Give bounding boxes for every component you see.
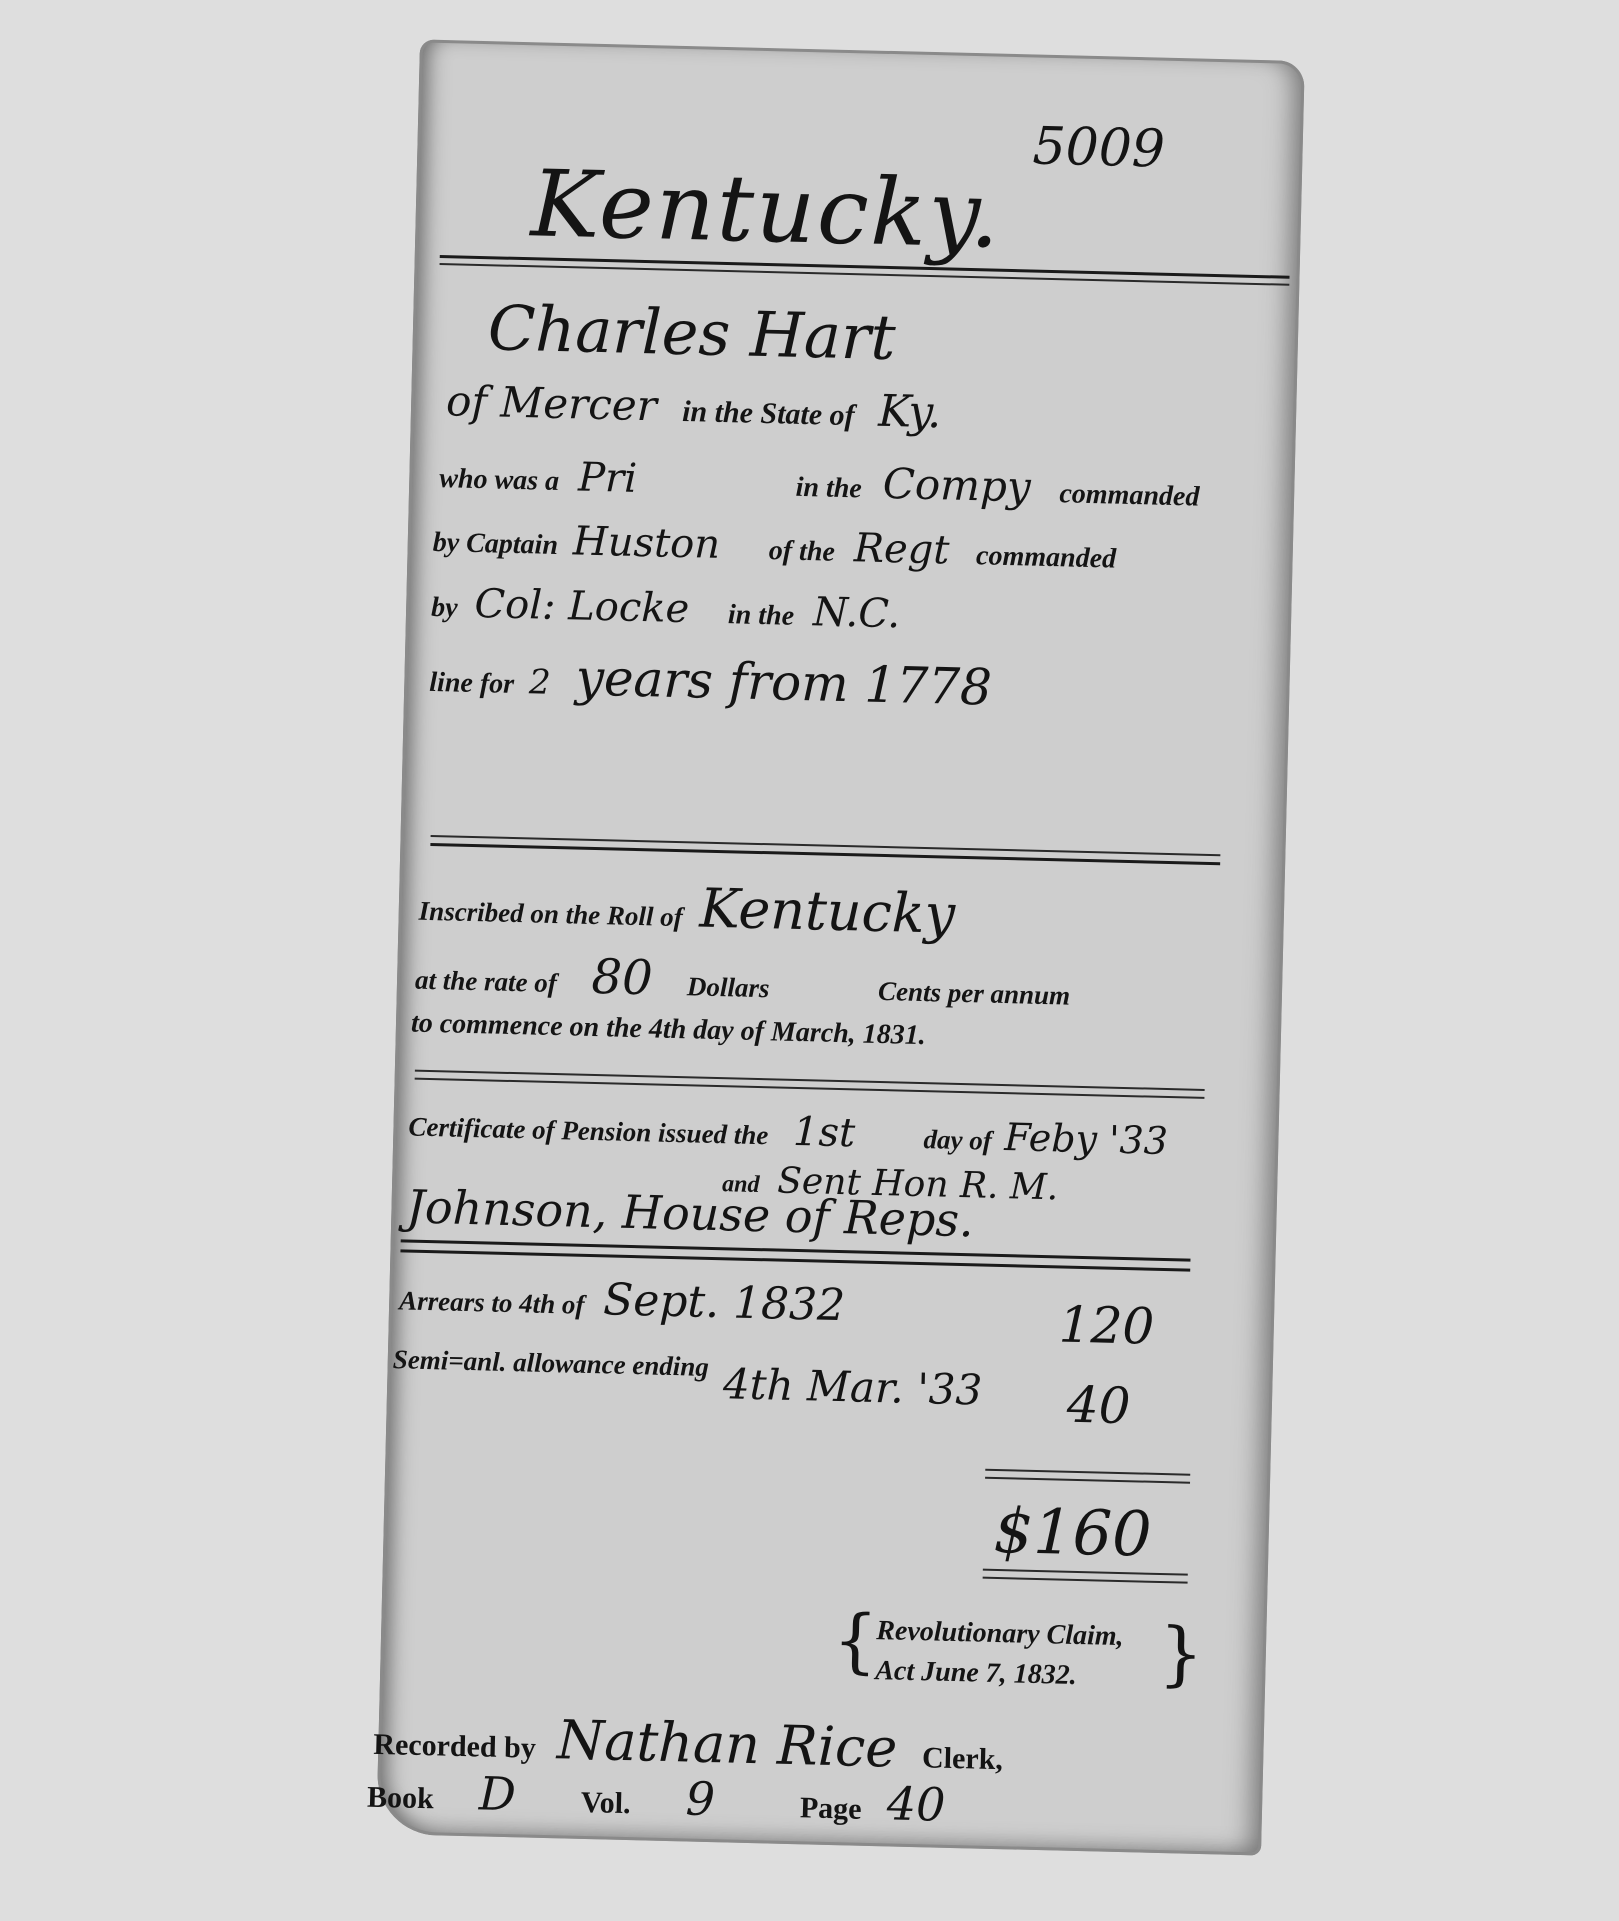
roll-value: Kentucky [699, 877, 956, 946]
issued-day: 1st [793, 1109, 856, 1157]
service-value: years from 1778 [575, 648, 992, 716]
commanded-1: commanded [1059, 478, 1200, 512]
issued-label: Certificate of Pension issued the [408, 1112, 769, 1151]
rank-label: who was a [439, 463, 560, 497]
line-colonel: by Col: Locke in the N.C. [431, 580, 901, 637]
unit-value: Compy [882, 459, 1031, 512]
arrears-label: Arrears to 4th of [399, 1285, 585, 1320]
vol-value: 9 [685, 1771, 716, 1826]
line-arrears: Arrears to 4th of Sept. 1832 [399, 1269, 846, 1331]
rate-label: at the rate of [415, 965, 557, 998]
arrears-amount: 120 [1058, 1295, 1155, 1355]
total-rule-bottom-2 [983, 1577, 1188, 1584]
vol-label: Vol. [580, 1786, 631, 1820]
claim-line-1: Revolutionary Claim, [876, 1611, 1124, 1657]
state-value: Ky. [878, 386, 942, 439]
line-label: in the [728, 599, 795, 632]
service-label: line for [429, 667, 515, 700]
line-value: N.C. [813, 589, 901, 637]
claimant-name: Charles Hart [487, 291, 896, 374]
semi-label: Semi=anl. allowance ending [392, 1344, 709, 1382]
total-rule-bottom [983, 1569, 1188, 1576]
recorded-label: Recorded by [373, 1728, 536, 1765]
service-years: 2 [529, 662, 552, 703]
claim-block: Revolutionary Claim, Act June 7, 1832. [875, 1611, 1124, 1697]
line-captain: by Captain Huston of the Regt commanded [432, 515, 1116, 578]
commanded-2: commanded [976, 540, 1117, 574]
book-label: Book [367, 1781, 434, 1816]
issued-month: Feby '33 [1004, 1115, 1168, 1163]
claim-brace-right: } [1158, 1618, 1204, 1689]
total-amount: $160 [993, 1494, 1153, 1571]
page-value: 40 [886, 1776, 946, 1831]
col-label: by [431, 592, 458, 624]
section-rule-3b [400, 1249, 1190, 1271]
rank-value: Pri [578, 454, 638, 501]
semi-amount: 40 [1066, 1376, 1131, 1436]
line-rate: at the rate of 80 Dollars Cents per annu… [415, 945, 1071, 1017]
rate-value: 80 [591, 949, 653, 1006]
arrears-date: Sept. 1832 [603, 1274, 846, 1331]
line-semi: Semi=anl. allowance ending 4th Mar. '33 [392, 1329, 983, 1392]
line-county: of Mercer in the State of Ky. [446, 375, 942, 438]
cents-label: Cents per annum [878, 976, 1071, 1011]
clerk-label: Clerk, [922, 1741, 1004, 1776]
claim-line-2: Act June 7, 1832. [875, 1651, 1123, 1697]
semi-date: 4th Mar. '33 [722, 1359, 982, 1414]
roll-label: Inscribed on the Roll of [418, 896, 683, 932]
dollars-label: Dollars [687, 971, 770, 1003]
state-heading: Kentucky. [530, 150, 1003, 268]
total-rule-top [985, 1469, 1190, 1476]
total-rule-top-2 [985, 1477, 1190, 1484]
captain-label: by Captain [432, 527, 558, 561]
captain-value: Huston [572, 518, 720, 568]
file-number: 5009 [1032, 116, 1166, 179]
col-value: Col: Locke [474, 581, 690, 632]
day-label: day of [923, 1124, 992, 1156]
county-value: of Mercer [446, 376, 658, 430]
page-label: Page [800, 1791, 862, 1825]
unit-label: in the [795, 472, 862, 505]
book-value: D [478, 1766, 516, 1821]
line-certificate: Certificate of Pension issued the 1st da… [408, 1100, 1168, 1165]
line-roll: Inscribed on the Roll of Kentucky [418, 870, 956, 946]
commence-text: to commence on the 4th day of March, 183… [411, 1008, 927, 1053]
pension-record-card: 5009 Kentucky. Charles Hart of Mercer in… [376, 39, 1305, 1855]
state-label: in the State of [682, 395, 855, 432]
line-rank: who was a Pri in the Compy commanded [439, 448, 1200, 516]
line-service: line for 2 years from 1778 [429, 645, 993, 717]
regt-value: Regt [853, 525, 950, 573]
claim-brace-left: { [832, 1605, 878, 1676]
regt-label: of the [768, 535, 835, 568]
